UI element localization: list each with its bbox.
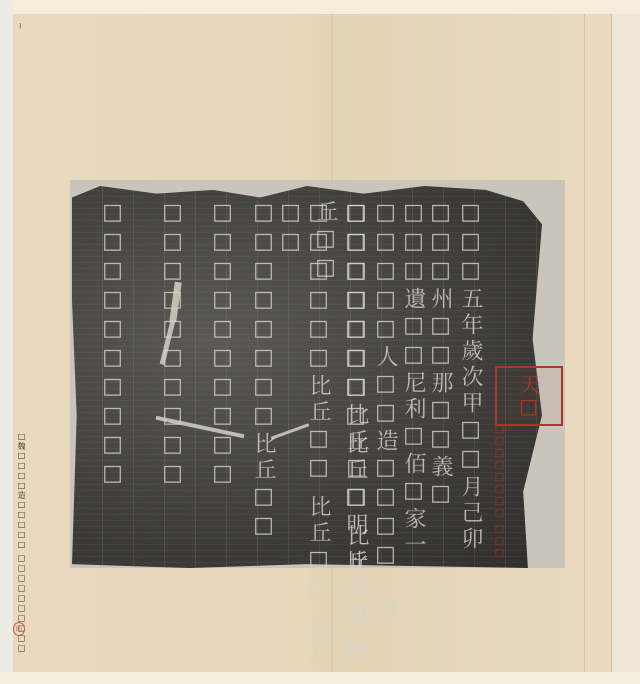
rubbing-column: □□□□□□□□□□ — [210, 200, 235, 490]
small-red-seal: 印 — [13, 622, 25, 636]
inscription-line-2: □□□□□□□□□□ — [17, 554, 26, 654]
rubbing-column: □□□遺□□尼利□佰□家一 — [398, 200, 429, 559]
rubbing-column: □□□州□□那□□義□ — [425, 200, 456, 510]
rubbing-column: □□□□□□□□□□ — [100, 200, 125, 490]
scan-top-margin — [0, 0, 640, 14]
collector-seal: 天□ — [495, 366, 563, 426]
page-mark: ǃ — [19, 22, 21, 31]
rubbing-column: □□□□□□□□比丘□□ — [248, 200, 279, 542]
rubbing-column: □□□□□人□□造□□□□一躯 — [370, 200, 401, 623]
inscription-line-1: □魏□□□□造□□□□□ — [17, 432, 26, 550]
margin-inscription: □魏□□□□造□□□□□ □□□□□□□□□□ — [16, 432, 26, 654]
scan-left-margin — [0, 0, 13, 684]
rubbing-column: □□□五年歲次甲□□月己卯 — [455, 200, 486, 553]
rubbing-column: □□□□□□□□□□ — [160, 200, 185, 490]
mounting-right-edge — [611, 14, 640, 672]
mounting-border-panel — [584, 14, 612, 672]
rubbing-column: □□□□□□比丘□□ 比丘□□ 比丘□□ — [278, 200, 334, 684]
seal-caption: □□□□□□□□ □□□ — [494, 424, 505, 560]
